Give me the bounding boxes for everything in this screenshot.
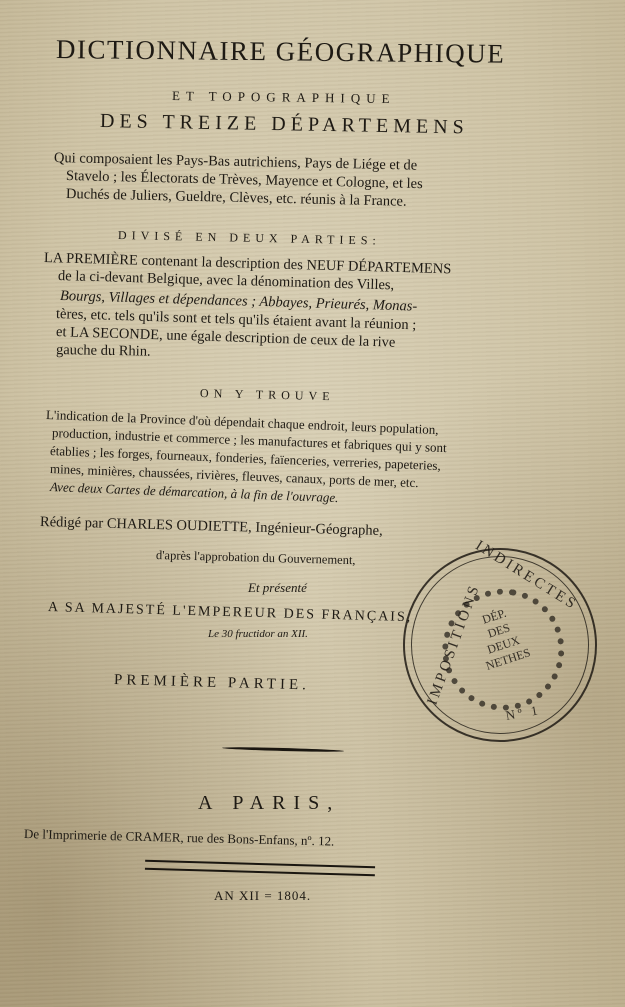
title-main: DICTIONNAIRE GÉOGRAPHIQUE [56,34,506,70]
year-line: AN XII = 1804. [214,888,311,904]
title-sub: ET TOPOGRAPHIQUE [172,88,396,107]
presented-line: Et présenté [248,580,307,596]
parts-line: gauche du Rhin. [56,342,151,361]
date-line: Le 30 fructidor an XII. [208,628,308,640]
city-line: A PARIS, [198,792,340,815]
